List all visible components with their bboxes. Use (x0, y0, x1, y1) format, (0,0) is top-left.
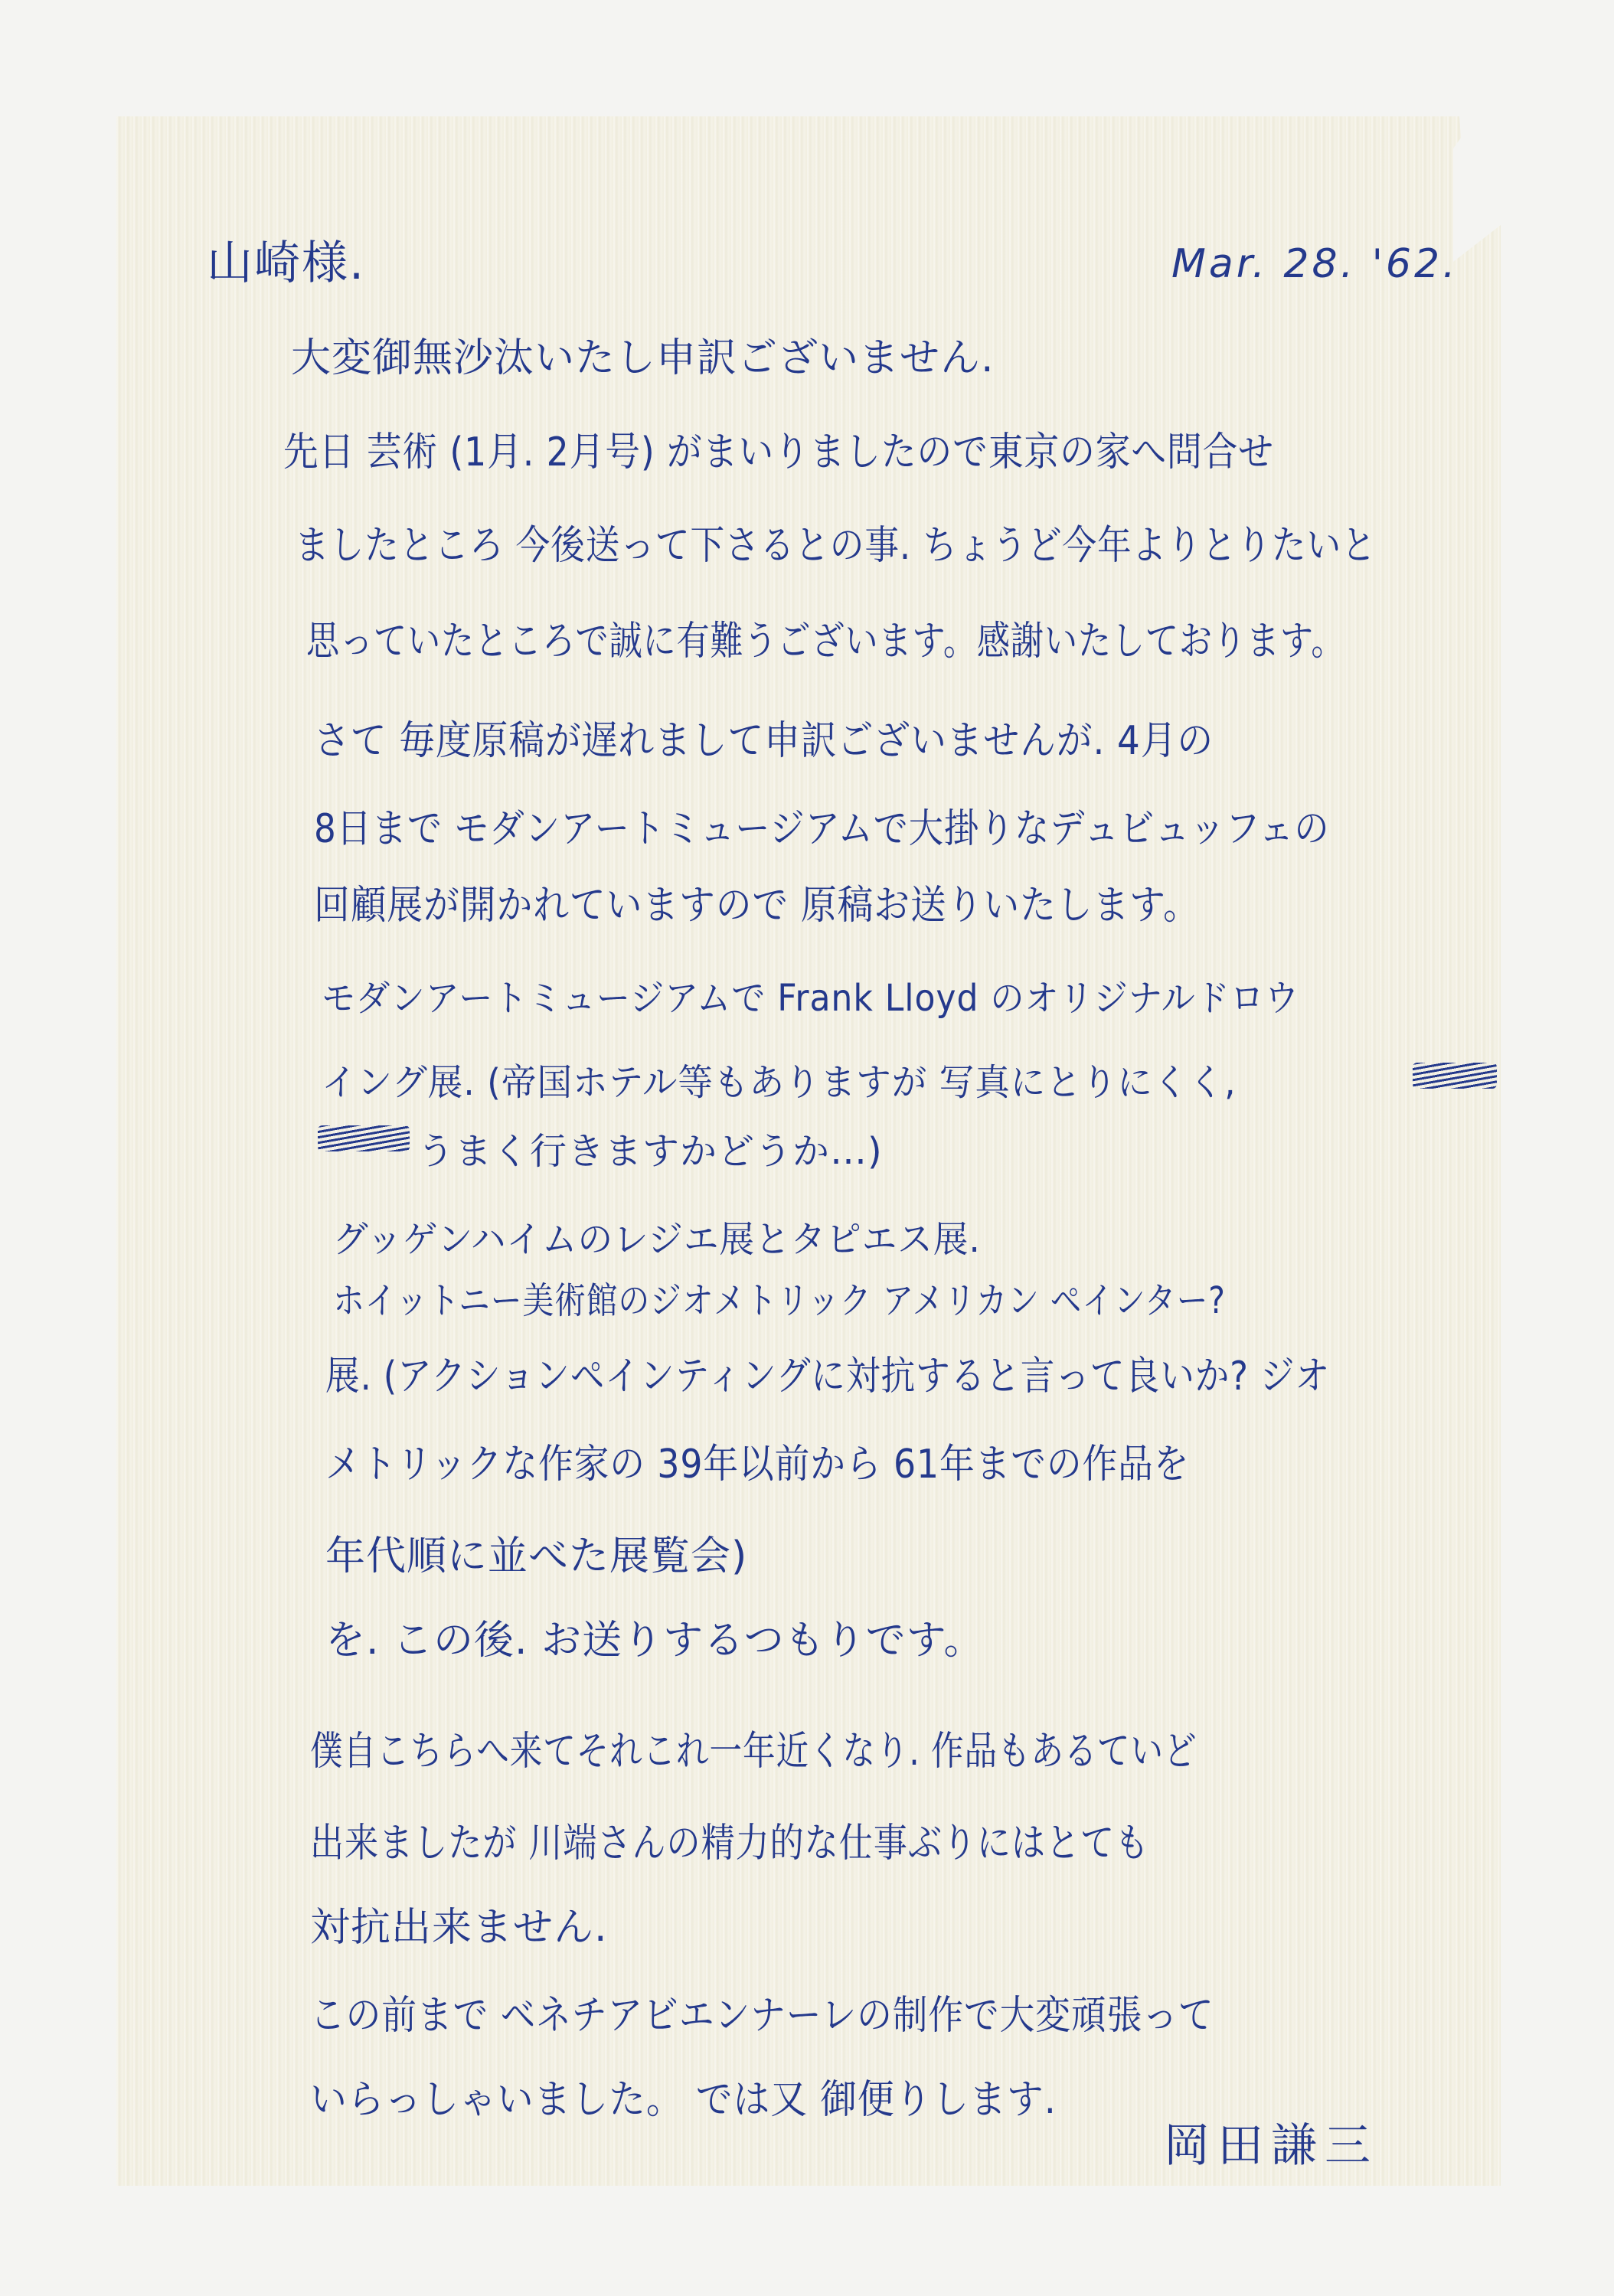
letter-line: ホイットニー美術館のジオメトリック アメリカン ペインター? (333, 1271, 1226, 1324)
letter-date: Mar. 28. '62. (1171, 241, 1459, 287)
letter-line: 8日まで モダンアートミュージアムで大掛りなデュビュッフェの (314, 796, 1329, 854)
letter-line: 先日 芸術 (1月. 2月号) がまいりましたので東京の家へ問合せ (283, 420, 1274, 477)
letter-line: 展. (アクションペインティングに対抗すると言って良いか? ジオ (325, 1344, 1330, 1401)
letter-line: 回顧展が開かれていますので 原稿お送りいたします。 (314, 873, 1200, 930)
letter-line: メトリックな作家の 39年以前から 61年までの作品を (325, 1432, 1189, 1489)
letter-line: 年代順に並べた展覧会) (325, 1524, 747, 1581)
letter-line: さて 毎度原稿が遅れまして申訳ございませんが. 4月の (314, 708, 1214, 766)
letter-line: 対抗出来ません. (310, 1895, 608, 1952)
letter-line: モダンアートミュージアムで Frank Lloyd のオリジナルドロウ (322, 968, 1299, 1021)
letter-line: いらっしゃいました。 では又 御便りします. (310, 2067, 1057, 2125)
salutation: 山崎様. (207, 227, 365, 292)
letter-line: この前まで ベネチアビエンナーレの制作で大変頑張って (310, 1983, 1214, 2040)
letter-line: 思っていたところで誠に有難うございます。感謝いたしております。 (306, 609, 1344, 666)
letter-line: イング展. (帝国ホテル等もありますが 写真にとりにくく, (322, 1053, 1237, 1106)
letter-line: うまく行きますかどうか…) (417, 1122, 883, 1174)
letter-line: 大変御無沙汰いたし申訳ございません. (291, 325, 995, 383)
letter-line: 僕自こちらへ来てそれこれ一年近くなり. 作品もあるていど (310, 1719, 1197, 1776)
signature: 岡田謙三 (1164, 2109, 1378, 2175)
letter-line: を. この後. お送りするつもりです。 (325, 1608, 984, 1665)
strikeout-scribble (1413, 1063, 1497, 1089)
letter-line: ましたところ 今後送って下さるとの事. ちょうど今年よりとりたいと (295, 513, 1377, 570)
letter-line: 出来ましたが 川端さんの精力的な仕事ぶりにはとても (310, 1811, 1149, 1868)
strikeout-scribble (318, 1125, 410, 1151)
letter-line: グッゲンハイムのレジエ展とタピエス展. (333, 1210, 981, 1262)
